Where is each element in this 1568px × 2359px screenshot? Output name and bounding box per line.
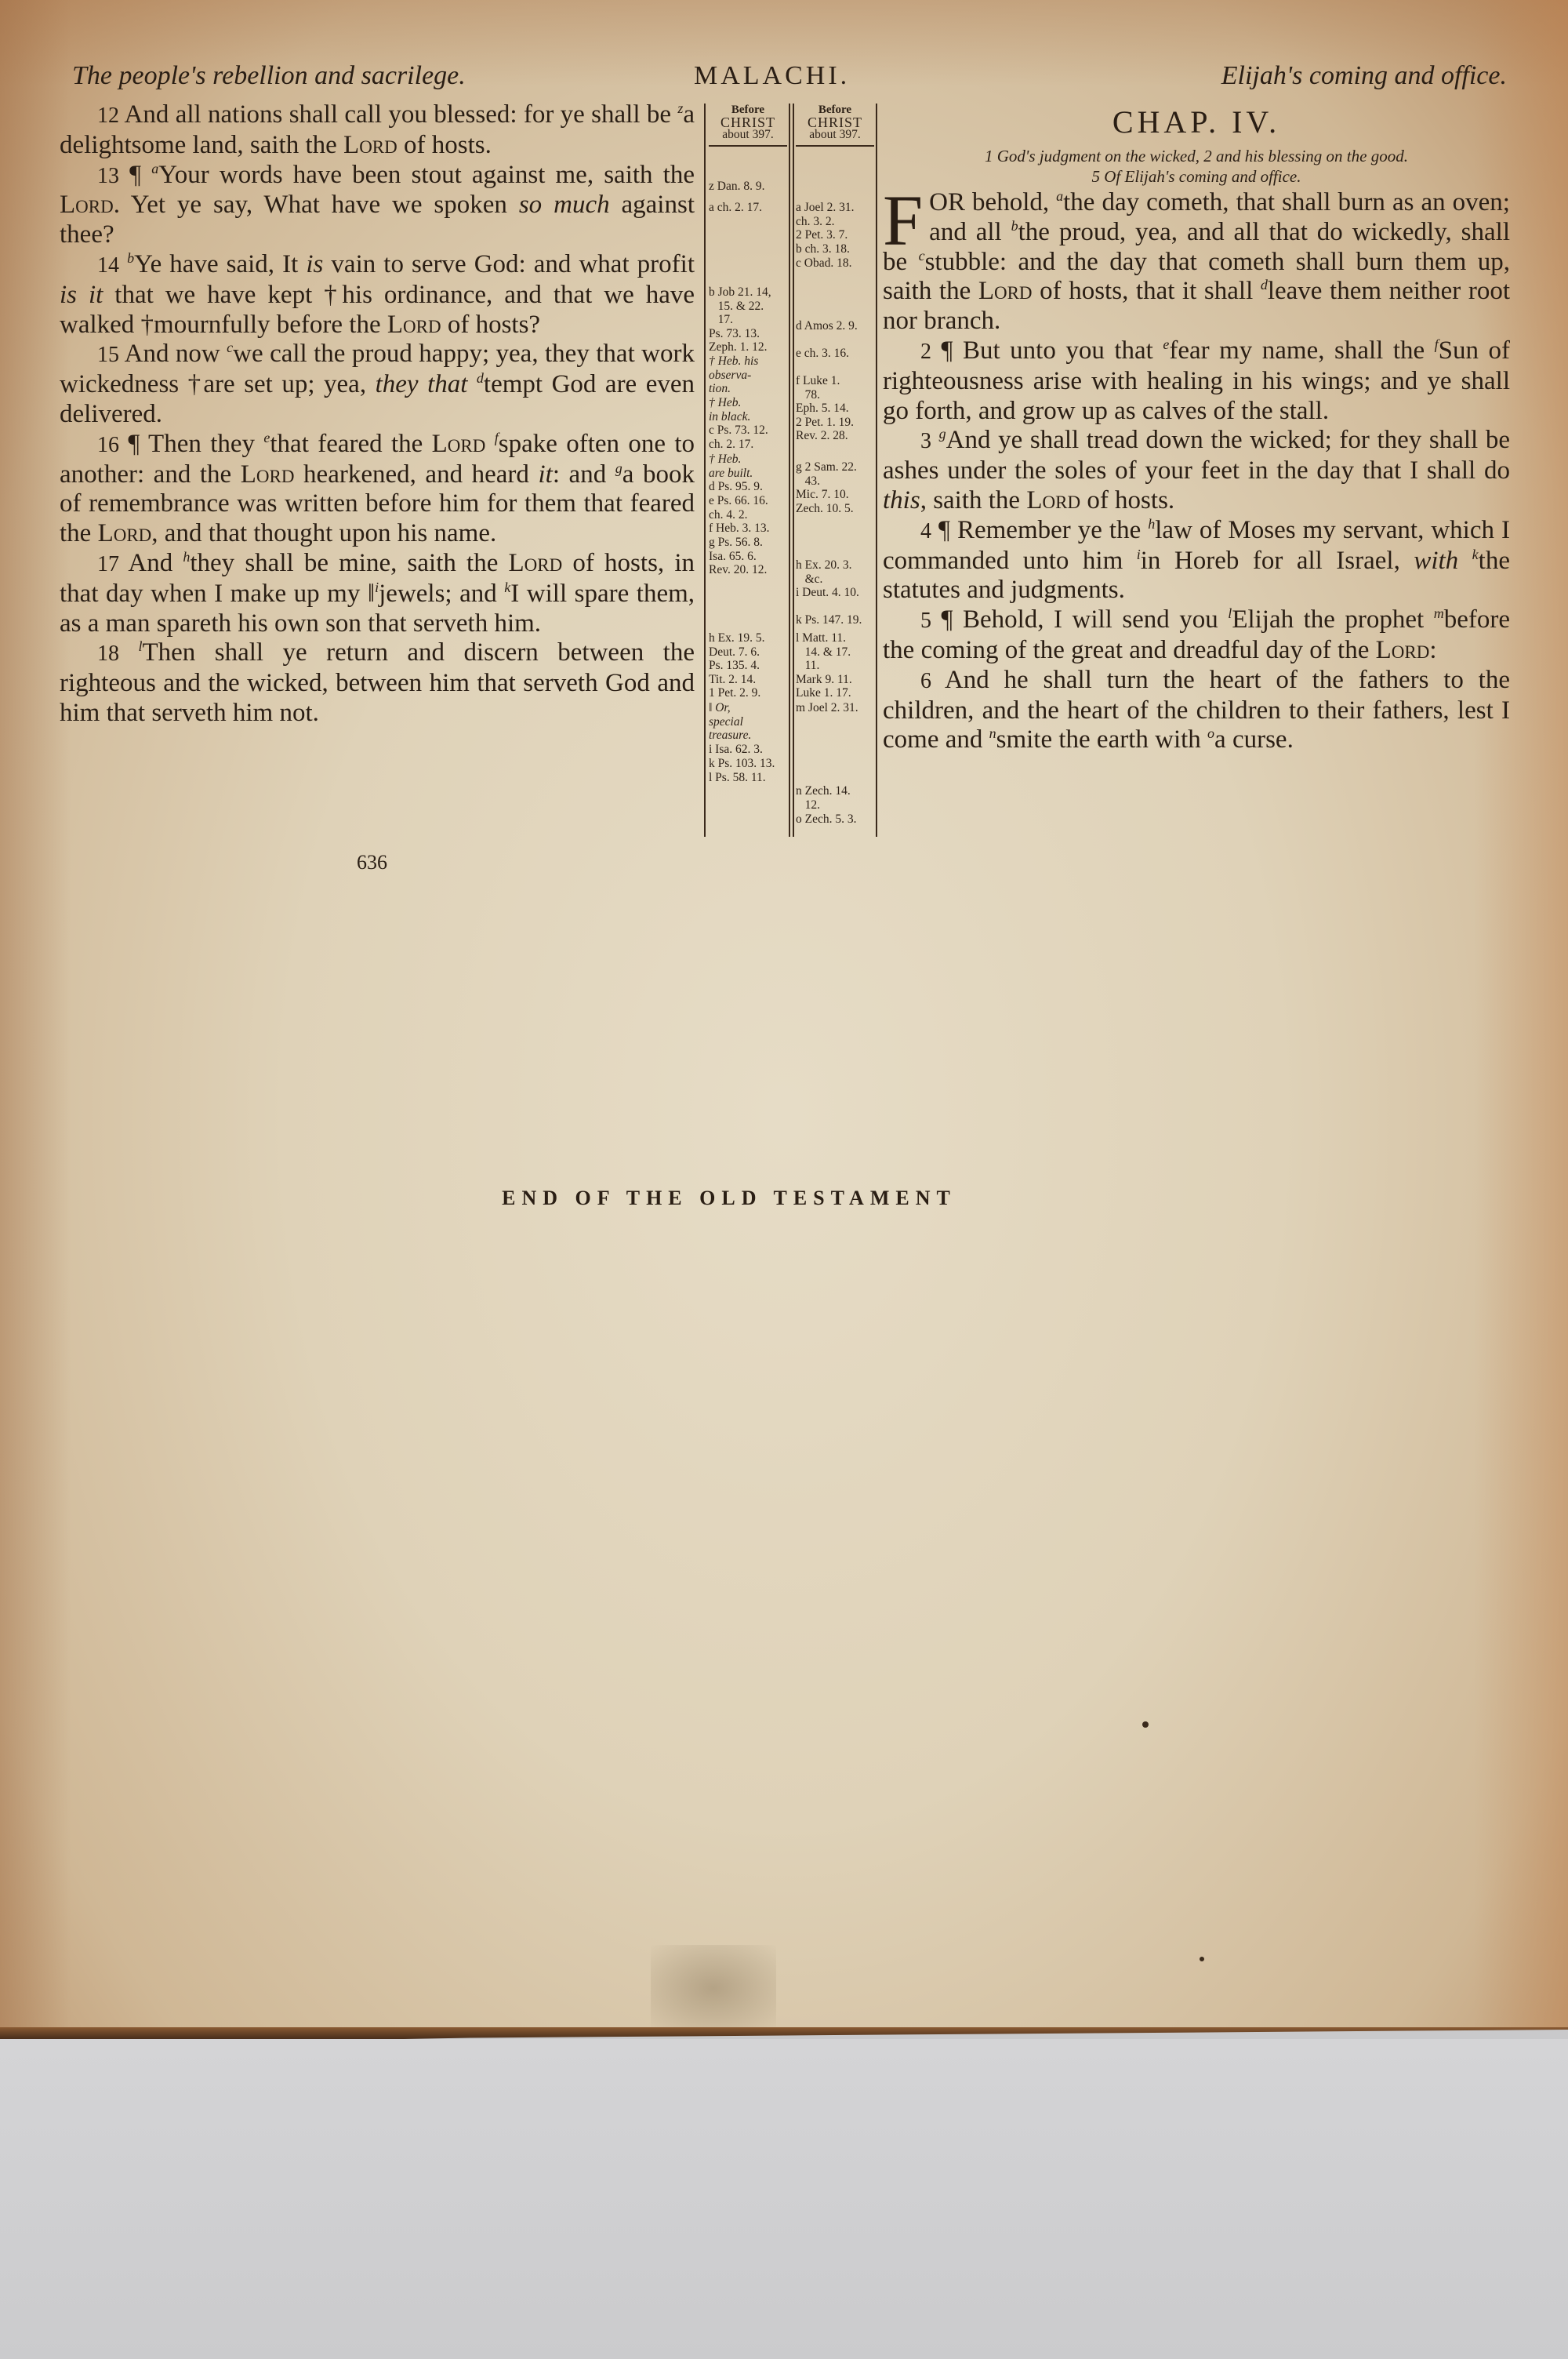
- verse-17: 17 And hthey shall be mine, saith the Lo…: [60, 549, 695, 638]
- ink-speck: [1142, 1721, 1149, 1728]
- marginal-note: † Heb. his observa- tion.: [709, 354, 758, 396]
- cross-reference: b ch. 3. 18.: [796, 242, 850, 256]
- cross-reference: b Job 21. 14, 15. & 22. 17. Ps. 73. 13. …: [709, 285, 771, 354]
- chapter-title: CHAP. IV.: [883, 104, 1510, 140]
- date-header: Before CHRIST about 397.: [796, 104, 874, 147]
- cross-reference: d Amos 2. 9.: [796, 319, 858, 333]
- cross-reference: e Ps. 66. 16. ch. 4. 2.: [709, 494, 768, 522]
- verse-1: FOR behold, athe day cometh, that shall …: [883, 188, 1510, 336]
- margin-rule: [704, 104, 706, 837]
- cross-reference: c Ps. 73. 12. ch. 2. 17.: [709, 423, 768, 451]
- drop-cap: F: [883, 191, 923, 249]
- verse-2: 2 ¶ But unto you that efear my name, sha…: [883, 336, 1510, 426]
- cross-reference: m Joel 2. 31.: [796, 701, 858, 715]
- cross-reference: f Heb. 3. 13.: [709, 522, 770, 536]
- book-page: The people's rebellion and sacrilege. MA…: [0, 0, 1568, 2027]
- verse-6: 6 And he shall turn the heart of the fat…: [883, 666, 1510, 755]
- cross-reference: c Obad. 18.: [796, 256, 851, 271]
- cross-reference: h Ex. 20. 3. &c.: [796, 558, 851, 586]
- end-of-testament-note: END OF THE OLD TESTAMENT: [0, 1187, 1568, 1210]
- cross-reference: f Luke 1. 78. Eph. 5. 14. 2 Pet. 1. 19. …: [796, 374, 854, 443]
- cross-reference: k Ps. 147. 19.: [796, 613, 862, 627]
- verse-16: 16 ¶ Then they ethat feared the Lord fsp…: [60, 430, 695, 549]
- cross-reference: n Zech. 14. 12.: [796, 784, 851, 812]
- running-head-right: Elijah's coming and office.: [1221, 61, 1507, 91]
- cross-reference: g Ps. 56. 8. Isa. 65. 6. Rev. 20. 12.: [709, 536, 767, 577]
- page-stain: [651, 1945, 776, 2031]
- cross-reference: l Matt. 11. 14. & 17. 11. Mark 9. 11. Lu…: [796, 631, 852, 700]
- ink-speck: [1200, 1957, 1204, 1961]
- running-head-book: MALACHI.: [694, 61, 850, 91]
- verse-14: 14 bYe have said, It is vain to serve Go…: [60, 250, 695, 340]
- marginal-note: † Heb. in black.: [709, 396, 750, 423]
- running-head-left: The people's rebellion and sacrilege.: [72, 61, 466, 91]
- left-text-column: 12 And all nations shall call you blesse…: [60, 100, 695, 729]
- verse-13: 13 ¶ aYour words have been stout against…: [60, 161, 695, 250]
- cross-reference: d Ps. 95. 9.: [709, 480, 763, 494]
- margin-rule: [789, 104, 790, 837]
- right-text-column: FOR behold, athe day cometh, that shall …: [883, 188, 1510, 755]
- cross-reference: z Dan. 8. 9.: [709, 180, 764, 194]
- cross-reference: l Ps. 58. 11.: [709, 771, 766, 785]
- cross-reference: a ch. 2. 17.: [709, 201, 762, 215]
- cross-reference: e ch. 3. 16.: [796, 347, 849, 361]
- marginal-note: † Heb. are built.: [709, 453, 753, 480]
- chapter-summary: 1 God's judgment on the wicked, 2 and hi…: [883, 146, 1510, 187]
- cross-reference: g 2 Sam. 22. 43. Mic. 7. 10. Zech. 10. 5…: [796, 460, 857, 515]
- cross-reference: o Zech. 5. 3.: [796, 812, 856, 827]
- page-number: 636: [357, 851, 387, 874]
- verse-18: 18 lThen shall ye return and discern bet…: [60, 638, 695, 728]
- cross-reference: a Joel 2. 31. ch. 3. 2. 2 Pet. 3. 7.: [796, 201, 854, 242]
- verse-12: 12 And all nations shall call you blesse…: [60, 100, 695, 161]
- marginal-note: ‖ Or, special treasure.: [709, 701, 751, 743]
- margin-rule: [793, 104, 794, 837]
- margin-rule: [876, 104, 877, 837]
- date-header: Before CHRIST about 397.: [709, 104, 787, 147]
- verse-4: 4 ¶ Remember ye the hlaw of Moses my ser…: [883, 516, 1510, 605]
- cross-reference: k Ps. 103. 13.: [709, 757, 775, 771]
- cross-reference: i Deut. 4. 10.: [796, 586, 859, 600]
- margin-references-left: Before CHRIST about 397. z Dan. 8. 9. a …: [709, 104, 787, 841]
- cross-reference: i Isa. 62. 3.: [709, 743, 763, 757]
- underlying-sheet: [0, 2039, 1568, 2359]
- verse-5: 5 ¶ Behold, I will send you lElijah the …: [883, 605, 1510, 666]
- verse-15: 15 And now cwe call the proud happy; yea…: [60, 340, 695, 429]
- cross-reference: h Ex. 19. 5. Deut. 7. 6. Ps. 135. 4. Tit…: [709, 631, 764, 700]
- verse-3: 3 gAnd ye shall tread down the wicked; f…: [883, 426, 1510, 515]
- margin-references-right: Before CHRIST about 397. a Joel 2. 31. c…: [796, 104, 874, 841]
